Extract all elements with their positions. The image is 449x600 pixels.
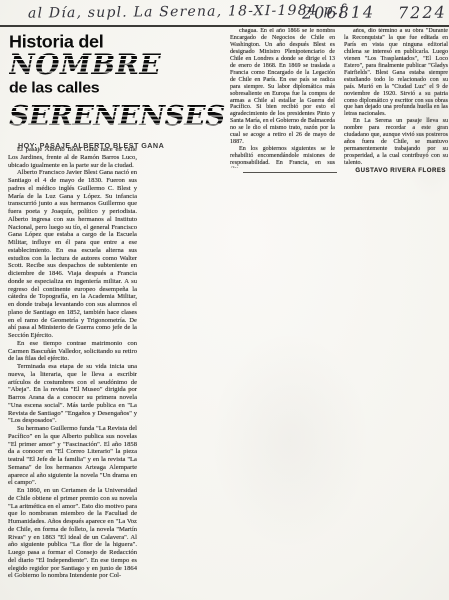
top-horizontal-rule: [0, 25, 449, 27]
article-paragraph: En ese tiempo contrae matrimonio con Car…: [8, 340, 137, 363]
handwritten-archive-number-2: 7224: [398, 3, 447, 23]
newspaper-clipping-page: al Día, supl. La Serena, 18-XI-1984 p.f …: [0, 0, 449, 600]
handwritten-archive-number-1: 206814: [302, 2, 375, 22]
author-byline: GUSTAVO RIVERA FLORES: [344, 168, 448, 173]
article-paragraph: chagua. En el año 1866 se le nombra Enca…: [230, 28, 335, 146]
article-column-middle: chagua. En el año 1866 se le nombra Enca…: [230, 28, 335, 168]
article-paragraph: Terminada esa etapa de su vida inicia un…: [8, 363, 137, 425]
article-paragraph: Alberto Francisco Javier Blest Gana naci…: [8, 169, 137, 340]
article-paragraph: En 1860, en un Certamen de la Universida…: [8, 487, 137, 580]
article-column-right: años, dio término a su obra "Durante la …: [344, 28, 448, 173]
article-paragraph: años, dio término a su obra "Durante la …: [344, 28, 448, 118]
article-paragraph: En La Serena un pasaje lleva su nombre p…: [344, 118, 448, 167]
title-line-serenenses: SERENENSES: [9, 104, 243, 130]
handwritten-source-note: al Día, supl. La Serena, 18-XI-1984 p.f: [28, 2, 328, 21]
title-line-de-las-calles: de las calles: [9, 81, 234, 96]
article-masthead: Historia del NOMBRE de las calles SERENE…: [9, 33, 234, 150]
scan-smudge: [210, 330, 370, 550]
article-paragraph: En los gobiernos siguientes se le rehabi…: [230, 146, 335, 168]
article-paragraph: El pasaje Alberto Blest Gana nace en cal…: [8, 146, 137, 169]
column-end-rule: [243, 172, 337, 173]
title-line-historia-del: Historia del: [9, 33, 234, 50]
article-paragraph: Su hermano Guillermo funda "La Revista d…: [8, 425, 137, 487]
article-column-left: El pasaje Alberto Blest Gana nace en cal…: [8, 146, 137, 598]
title-line-nombre: NOMBRE: [9, 52, 234, 78]
